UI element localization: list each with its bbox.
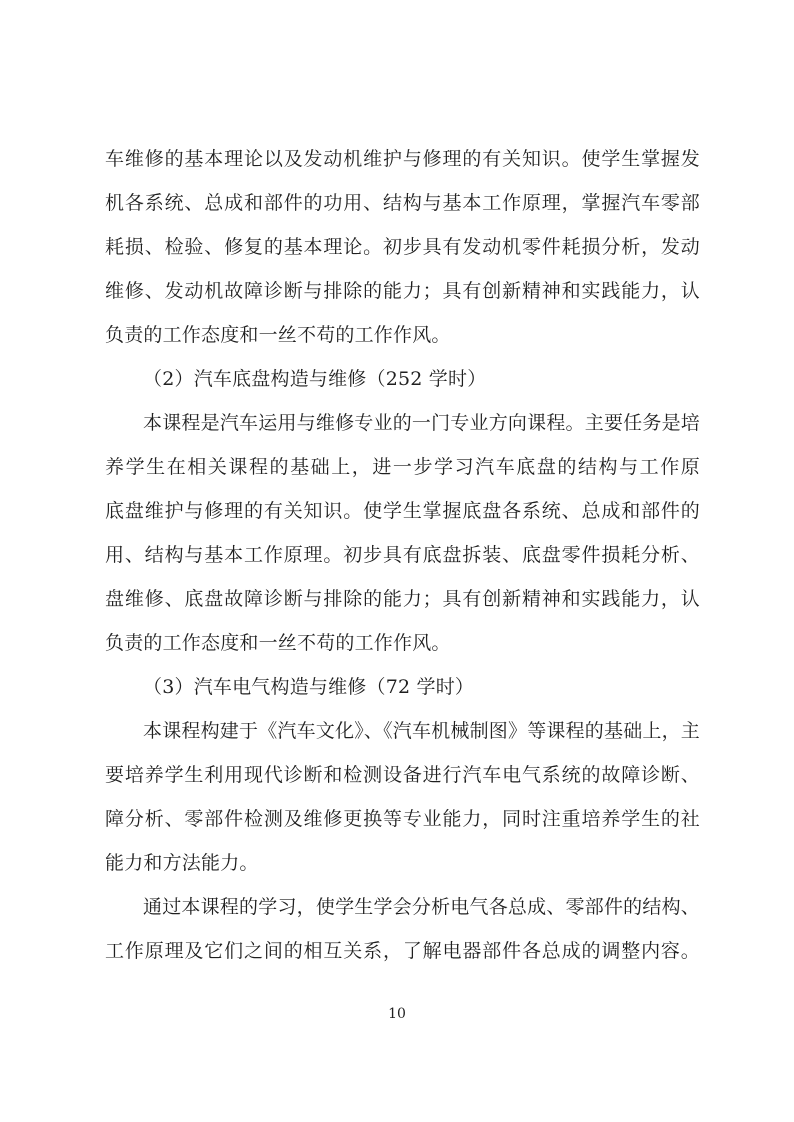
page-number: 10 [0, 1006, 794, 1022]
text-line: 本课程构建于《汽车文化》、《汽车机械制图》等课程的基础上，主 [105, 709, 700, 753]
text-line: 能力和方法能力。 [105, 841, 700, 885]
section-heading-chassis: （2）汽车底盘构造与维修（252 学时） [105, 357, 700, 401]
text-line: 负责的工作态度和一丝不苟的工作作风。 [105, 313, 700, 357]
text-line: 机各系统、总成和部件的功用、结构与基本工作原理，掌握汽车零部件 [105, 181, 700, 225]
text-line: 养学生在相关课程的基础上，进一步学习汽车底盘的结构与工作原理、 [105, 445, 700, 489]
text-line: 盘维修、底盘故障诊断与排除的能力；具有创新精神和实践能力，认真 [105, 577, 700, 621]
text-line: 用、结构与基本工作原理。初步具有底盘拆装、底盘零件损耗分析、底 [105, 533, 700, 577]
text-line: 负责的工作态度和一丝不苟的工作作风。 [105, 621, 700, 665]
text-line: 车维修的基本理论以及发动机维护与修理的有关知识。使学生掌握发动 [105, 137, 700, 181]
text-line: 耗损、检验、修复的基本理论。初步具有发动机零件耗损分析，发动机 [105, 225, 700, 269]
document-text-block: 车维修的基本理论以及发动机维护与修理的有关知识。使学生掌握发动 机各系统、总成和… [105, 137, 700, 973]
text-line: 底盘维护与修理的有关知识。使学生掌握底盘各系统、总成和部件的功 [105, 489, 700, 533]
text-line: 通过本课程的学习，使学生学会分析电气各总成、零部件的结构、 [105, 885, 700, 929]
text-line: 障分析、零部件检测及维修更换等专业能力，同时注重培养学生的社会 [105, 797, 700, 841]
text-line: 工作原理及它们之间的相互关系，了解电器部件各总成的调整内容。通 [105, 929, 700, 973]
text-line: 要培养学生利用现代诊断和检测设备进行汽车电气系统的故障诊断、故 [105, 753, 700, 797]
section-heading-electrical: （3）汽车电气构造与维修（72 学时） [105, 665, 700, 709]
text-line: 维修、发动机故障诊断与排除的能力；具有创新精神和实践能力，认真 [105, 269, 700, 313]
document-page: 车维修的基本理论以及发动机维护与修理的有关知识。使学生掌握发动 机各系统、总成和… [0, 0, 794, 1122]
text-line: 本课程是汽车运用与维修专业的一门专业方向课程。主要任务是培 [105, 401, 700, 445]
